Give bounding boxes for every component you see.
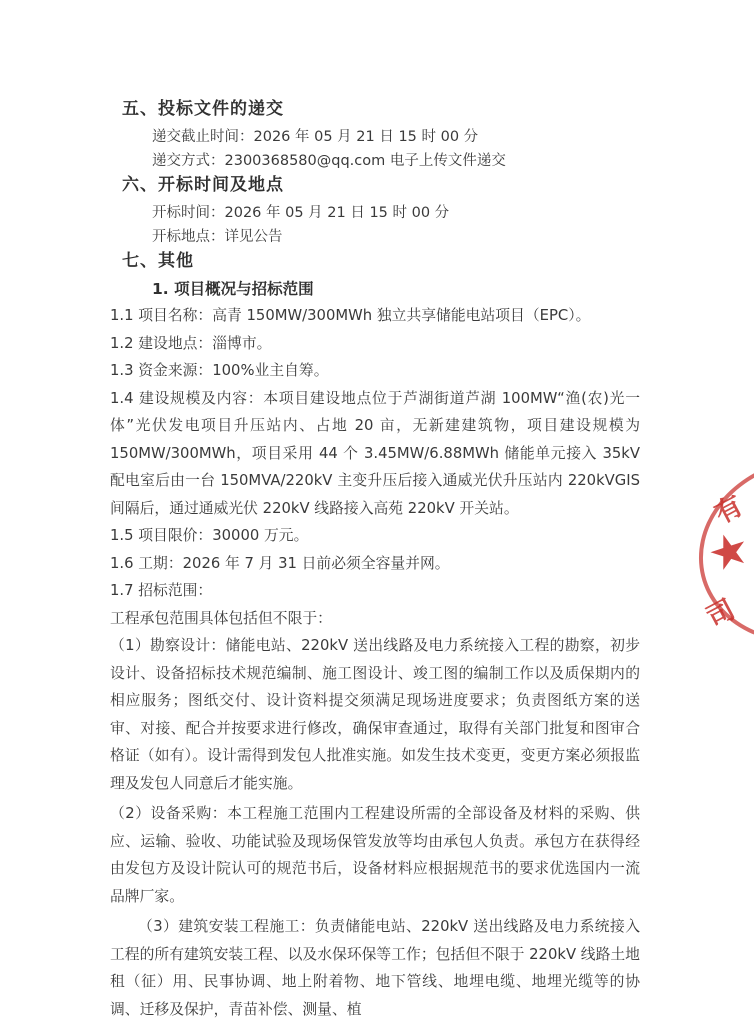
seal-star-icon: ★ [701, 519, 754, 583]
document-body: 五、投标文件的递交 递交截止时间：2026 年 05 月 21 日 15 时 0… [110, 97, 640, 1023]
seal-ring [692, 452, 754, 642]
seal-character-bottom: 司 [698, 588, 740, 635]
section-heading-other: 七、其他 [110, 249, 640, 273]
paragraph-equipment-procurement: （2）设备采购：本工程施工范围内工程建设所需的全部设备及材料的采购、供应、运输、… [110, 800, 640, 910]
paragraph-construction-site: 1.2 建设地点：淄博市。 [110, 330, 640, 358]
document-page: 五、投标文件的递交 递交截止时间：2026 年 05 月 21 日 15 时 0… [0, 0, 754, 1030]
opening-time-line: 开标时间：2026 年 05 月 21 日 15 时 00 分 [110, 201, 640, 225]
paragraph-scope-intro: 工程承包范围具体包括但不限于： [110, 605, 640, 633]
seal-character-top: 有 [706, 484, 748, 531]
paragraph-funding-source: 1.3 资金来源：100%业主自筹。 [110, 357, 640, 385]
submission-deadline-line: 递交截止时间：2026 年 05 月 21 日 15 时 00 分 [110, 125, 640, 149]
submission-method-line: 递交方式：2300368580@qq.com 电子上传文件递交 [110, 149, 640, 173]
section-heading-bid-opening: 六、开标时间及地点 [110, 173, 640, 197]
section-heading-bid-submission: 五、投标文件的递交 [110, 97, 640, 121]
paragraph-survey-design: （1）勘察设计：储能电站、220kV 送出线路及电力系统接入工程的勘察，初步设计… [110, 632, 640, 797]
paragraph-tender-scope-label: 1.7 招标范围： [110, 577, 640, 605]
opening-place-line: 开标地点：详见公告 [110, 225, 640, 249]
paragraph-construction-installation: （3）建筑安装工程施工：负责储能电站、220kV 送出线路及电力系统接入工程的所… [110, 913, 640, 1023]
paragraph-schedule: 1.6 工期：2026 年 7 月 31 日前必须全容量并网。 [110, 550, 640, 578]
paragraph-scale-and-content: 1.4 建设规模及内容：本项目建设地点位于芦湖街道芦湖 100MW“渔(农)光一… [110, 385, 640, 523]
official-seal-stamp: 有 ★ 司 [692, 452, 754, 642]
paragraph-price-limit: 1.5 项目限价：30000 万元。 [110, 522, 640, 550]
paragraph-project-name: 1.1 项目名称：高青 150MW/300MWh 独立共享储能电站项目（EPC）… [110, 302, 640, 330]
project-overview-subheading: 1. 项目概况与招标范围 [110, 277, 640, 302]
